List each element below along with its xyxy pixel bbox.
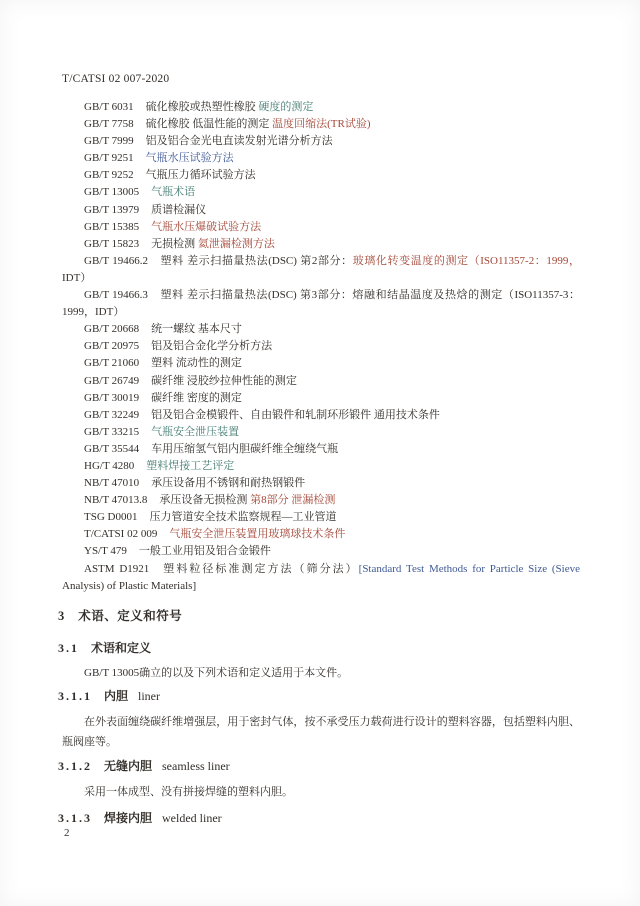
reference-title-segment: 氦泄漏检测方法 [198, 238, 275, 250]
reference-code: GB/T 20668 [84, 323, 139, 335]
reference-code: GB/T 9251 [84, 152, 134, 164]
reference-title-segment: [Standard Test Methods for Particle Size… [359, 563, 580, 575]
reference-code: GB/T 6031 [84, 101, 134, 113]
document-page: T/CATSI 02 007-2020 GB/T 6031硫化橡胶或热塑性橡胶 … [0, 0, 640, 906]
term-3-1-1-number: 3.1.1 [58, 689, 92, 703]
term-3-1-1-zh: 内胆 [104, 689, 128, 703]
reference-title-segment: 铝及铝合金化学分析方法 [151, 340, 272, 352]
term-3-1-3-number: 3.1.3 [58, 811, 92, 825]
reference-code: GB/T 20975 [84, 340, 139, 352]
normative-references-list: GB/T 6031硫化橡胶或热塑性橡胶 硬度的测定GB/T 7758硫化橡胶 低… [62, 99, 580, 595]
reference-title-segment: 1999，IDT） [62, 306, 124, 318]
term-3-1-2-number: 3.1.2 [58, 759, 92, 773]
reference-code: GB/T 19466.3 [84, 289, 148, 301]
reference-line: ASTM D1921塑料粒径标准测定方法（筛分法）[Standard Test … [62, 561, 580, 578]
reference-title-segment: 硫化橡胶 低温性能的测定 [146, 118, 273, 130]
reference-code: GB/T 13979 [84, 204, 139, 216]
reference-title-segment: Analysis) of Plastic Materials] [62, 580, 196, 592]
reference-line: GB/T 13005气瓶术语 [62, 184, 580, 201]
reference-code: GB/T 35544 [84, 443, 139, 455]
reference-title-segment: 玻璃化转变温度的测定（ISO11357-2：1999， [353, 255, 580, 267]
reference-code: T/CATSI 02 009 [84, 528, 157, 540]
reference-code: TSG D0001 [84, 511, 137, 523]
reference-line: GB/T 33215气瓶安全泄压装置 [62, 424, 580, 441]
section-3-1-heading: 3.1术语和定义 [58, 639, 151, 656]
term-3-1-2-definition: 采用一体成型、没有拼接焊缝的塑料内胆。 [62, 782, 580, 802]
reference-title-segment: 塑料 差示扫描量热法(DSC) 第3部分：熔融和结晶温度及热焓的测定（ISO11… [160, 289, 580, 301]
reference-line: HG/T 4280塑料焊接工艺评定 [62, 458, 580, 475]
reference-title-segment: 承压设备无损检测 [159, 494, 250, 506]
reference-code: YS/T 479 [84, 545, 127, 557]
reference-code: GB/T 26749 [84, 375, 139, 387]
reference-code: GB/T 9252 [84, 169, 134, 181]
reference-title-segment: 质谱检漏仪 [151, 204, 206, 216]
reference-line: GB/T 15385气瓶水压爆破试验方法 [62, 219, 580, 236]
term-3-1-1-en: liner [138, 689, 160, 703]
reference-title-segment: 温度回缩法(TR试验) [272, 118, 370, 130]
reference-title-segment: 承压设备用不锈钢和耐热钢锻件 [151, 477, 305, 489]
reference-title-segment: 统一螺纹 基本尺寸 [151, 323, 242, 335]
reference-line: GB/T 20975铝及铝合金化学分析方法 [62, 338, 580, 355]
section-3-1-number: 3.1 [58, 641, 79, 655]
reference-code: GB/T 15385 [84, 221, 139, 233]
term-3-1-1-definition: 在外表面缠绕碳纤维增强层，用于密封气体，按不承受压力载荷进行设计的塑料容器，包括… [62, 712, 580, 752]
reference-line: GB/T 7999铝及铝合金光电直读发射光谱分析方法 [62, 133, 580, 150]
reference-line: IDT） [62, 270, 580, 287]
reference-line: TSG D0001压力管道安全技术监察规程—工业管道 [62, 509, 580, 526]
term-3-1-2-heading: 3.1.2无缝内胆seamless liner [58, 757, 230, 774]
reference-line: GB/T 9251气瓶水压试验方法 [62, 150, 580, 167]
reference-code: GB/T 15823 [84, 238, 139, 250]
reference-line: GB/T 9252气瓶压力循环试验方法 [62, 167, 580, 184]
term-3-1-2-en: seamless liner [162, 759, 230, 773]
reference-title-segment: 塑料焊接工艺评定 [146, 460, 234, 472]
reference-title-segment: 气瓶水压爆破试验方法 [151, 221, 261, 233]
reference-line: GB/T 7758硫化橡胶 低温性能的测定 温度回缩法(TR试验) [62, 116, 580, 133]
reference-title-segment: 气瓶安全泄压装置 [151, 426, 239, 438]
reference-title-segment: 气瓶压力循环试验方法 [146, 169, 256, 181]
reference-title-segment: 压力管道安全技术监察规程—工业管道 [149, 511, 336, 523]
reference-title-segment: 车用压缩氢气铝内胆碳纤维全缠绕气瓶 [151, 443, 338, 455]
reference-line: YS/T 479一般工业用铝及铝合金锻件 [62, 543, 580, 560]
reference-title-segment: IDT） [62, 272, 91, 284]
reference-title-segment: 第8部分 泄漏检测 [250, 494, 335, 506]
reference-line: NB/T 47013.8承压设备无损检测 第8部分 泄漏检测 [62, 492, 580, 509]
term-3-1-3-heading: 3.1.3焊接内胆welded liner [58, 809, 222, 826]
reference-code: NB/T 47010 [84, 477, 139, 489]
reference-title-segment: 气瓶术语 [151, 186, 195, 198]
reference-line: NB/T 47010承压设备用不锈钢和耐热钢锻件 [62, 475, 580, 492]
reference-title-segment: 碳纤维 密度的测定 [151, 392, 242, 404]
terms-intro-paragraph: GB/T 13005确立的以及下列术语和定义适用于本文件。 [62, 664, 580, 680]
term-3-1-3-zh: 焊接内胆 [104, 811, 152, 825]
section-3-number: 3 [58, 609, 66, 623]
reference-code: NB/T 47013.8 [84, 494, 147, 506]
reference-title-segment: 无损检测 [151, 238, 198, 250]
reference-line: GB/T 35544车用压缩氢气铝内胆碳纤维全缠绕气瓶 [62, 441, 580, 458]
reference-code: GB/T 7758 [84, 118, 134, 130]
term-3-1-3-en: welded liner [162, 811, 222, 825]
reference-line: GB/T 21060塑料 流动性的测定 [62, 355, 580, 372]
reference-line: GB/T 6031硫化橡胶或热塑性橡胶 硬度的测定 [62, 99, 580, 116]
reference-line: 1999，IDT） [62, 304, 580, 321]
reference-title-segment: 硫化橡胶或热塑性橡胶 [146, 101, 259, 113]
reference-title-segment: 气瓶安全泄压装置用玻璃球技术条件 [169, 528, 345, 540]
section-3-title: 术语、定义和符号 [78, 609, 182, 623]
reference-title-segment: 碳纤维 浸胶纱拉伸性能的测定 [151, 375, 297, 387]
reference-code: GB/T 30019 [84, 392, 139, 404]
reference-line: GB/T 19466.2塑料 差示扫描量热法(DSC) 第2部分：玻璃化转变温度… [62, 253, 580, 270]
reference-code: GB/T 21060 [84, 357, 139, 369]
reference-line: GB/T 13979质谱检漏仪 [62, 202, 580, 219]
reference-code: GB/T 33215 [84, 426, 139, 438]
reference-title-segment: 铝及铝合金模锻件、自由锻件和轧制环形锻件 通用技术条件 [151, 409, 440, 421]
reference-title-segment: 铝及铝合金光电直读发射光谱分析方法 [146, 135, 333, 147]
reference-line: GB/T 15823无损检测 氦泄漏检测方法 [62, 236, 580, 253]
reference-code: GB/T 32249 [84, 409, 139, 421]
standard-number-header: T/CATSI 02 007-2020 [62, 73, 169, 85]
section-3-heading: 3术语、定义和符号 [58, 606, 182, 624]
reference-code: GB/T 7999 [84, 135, 134, 147]
reference-code: ASTM D1921 [84, 563, 149, 575]
page-number: 2 [64, 827, 70, 839]
reference-line: GB/T 32249铝及铝合金模锻件、自由锻件和轧制环形锻件 通用技术条件 [62, 407, 580, 424]
reference-code: GB/T 13005 [84, 186, 139, 198]
reference-title-segment: 塑料 流动性的测定 [151, 357, 242, 369]
reference-line: GB/T 26749碳纤维 浸胶纱拉伸性能的测定 [62, 373, 580, 390]
reference-code: HG/T 4280 [84, 460, 134, 472]
section-3-1-title: 术语和定义 [91, 641, 151, 655]
reference-title-segment: 一般工业用铝及铝合金锻件 [139, 545, 271, 557]
term-3-1-2-zh: 无缝内胆 [104, 759, 152, 773]
reference-code: GB/T 19466.2 [84, 255, 148, 267]
reference-line: GB/T 30019碳纤维 密度的测定 [62, 390, 580, 407]
reference-title-segment: 气瓶水压试验方法 [146, 152, 234, 164]
reference-line: GB/T 20668统一螺纹 基本尺寸 [62, 321, 580, 338]
term-3-1-1-heading: 3.1.1内胆liner [58, 687, 160, 704]
reference-line: GB/T 19466.3塑料 差示扫描量热法(DSC) 第3部分：熔融和结晶温度… [62, 287, 580, 304]
reference-line: T/CATSI 02 009气瓶安全泄压装置用玻璃球技术条件 [62, 526, 580, 543]
reference-title-segment: 塑料粒径标准测定方法（筛分法） [161, 563, 358, 575]
reference-title-segment: 塑料 差示扫描量热法(DSC) 第2部分： [160, 255, 353, 267]
reference-title-segment: 硬度的测定 [258, 101, 313, 113]
reference-line: Analysis) of Plastic Materials] [62, 578, 580, 595]
